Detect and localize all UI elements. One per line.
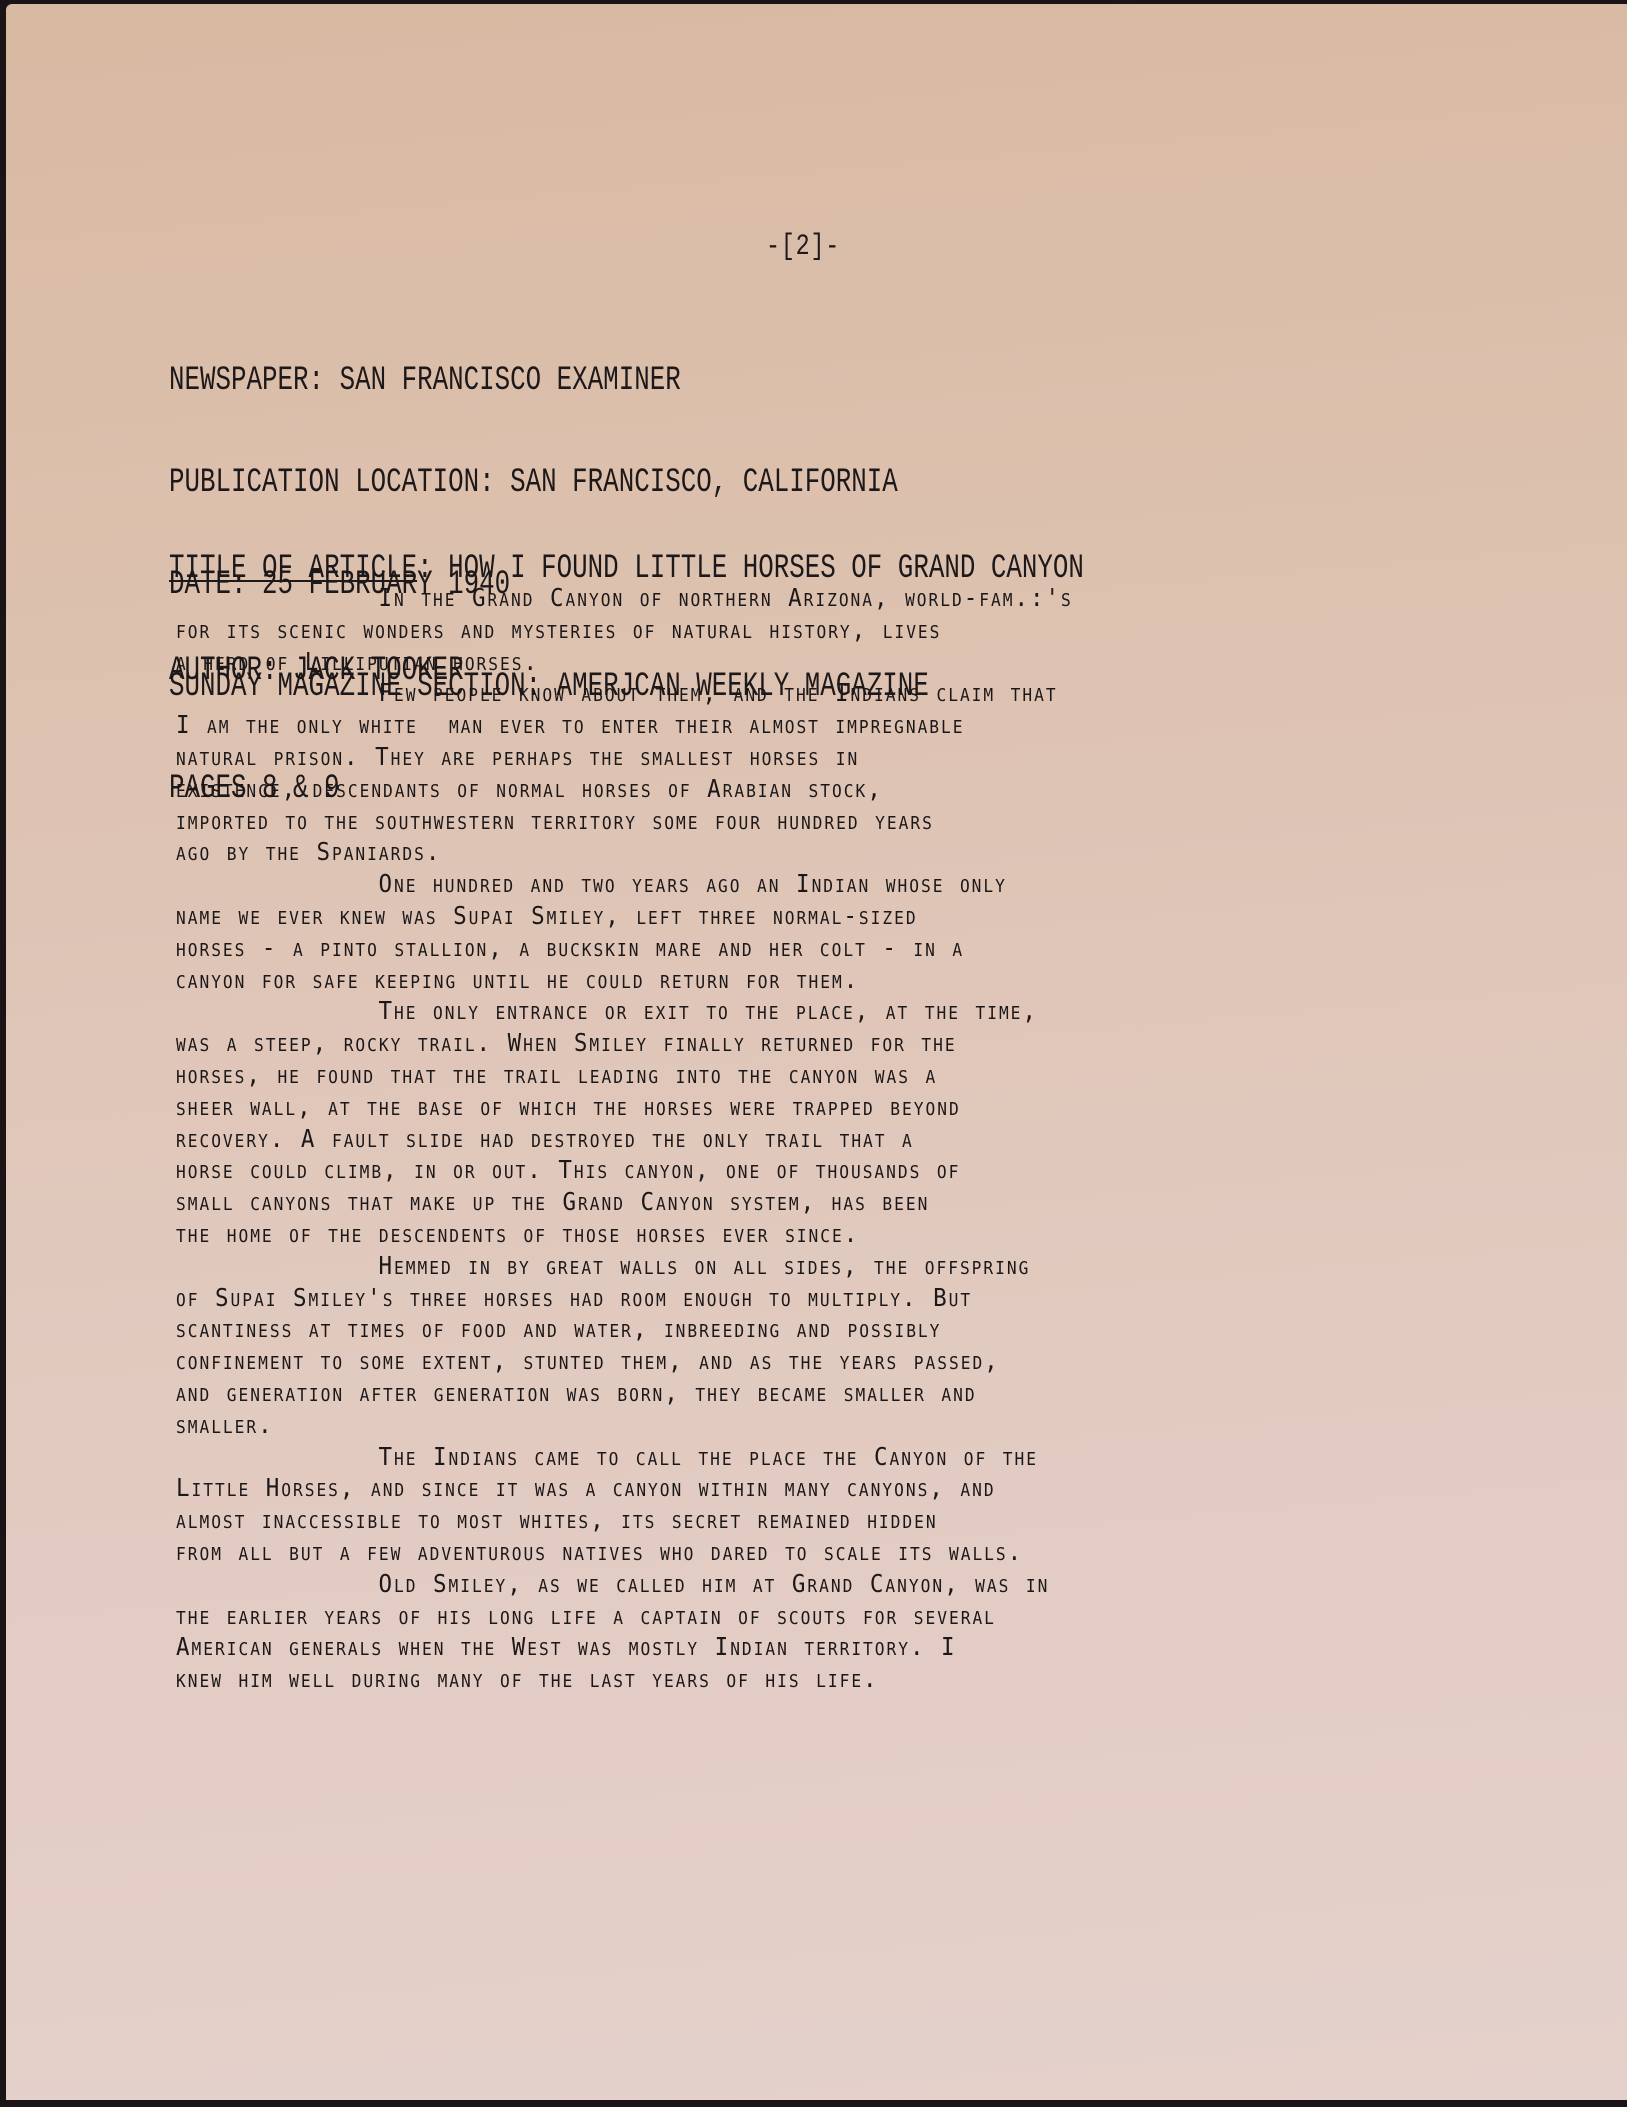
body-line: the home of the descendents of those hor… <box>176 1218 1373 1250</box>
body-line: In the Grand Canyon of northern Arizona,… <box>176 582 1373 614</box>
body-line: I am the only white man ever to enter th… <box>176 709 1373 741</box>
body-line: a herd of Lilliputian horses. <box>176 646 1373 678</box>
body-line: sheer wall, at the base of which the hor… <box>176 1091 1373 1123</box>
body-line: almost inaccessible to most whites, its … <box>176 1504 1373 1536</box>
body-line: small canyons that make up the Grand Can… <box>176 1186 1373 1218</box>
body-line: and generation after generation was born… <box>176 1377 1373 1409</box>
body-line: recovery. A fault slide had destroyed th… <box>176 1123 1373 1155</box>
body-line: from all but a few adventurous natives w… <box>176 1536 1373 1568</box>
body-line: name we ever knew was Supai Smiley, left… <box>176 900 1373 932</box>
body-line: Hemmed in by great walls on all sides, t… <box>176 1250 1373 1282</box>
body-line: ago by the Spaniards. <box>176 836 1373 868</box>
body-line: horses, he found that the trail leading … <box>176 1059 1373 1091</box>
body-line: scantiness at times of food and water, i… <box>176 1313 1373 1345</box>
body-line: One hundred and two years ago an Indian … <box>176 868 1373 900</box>
body-line: imported to the southwestern territory s… <box>176 805 1373 837</box>
body-line: American generals when the West was most… <box>176 1631 1373 1663</box>
body-line: horse could climb, in or out. This canyo… <box>176 1154 1373 1186</box>
page-number: -[2]- <box>766 230 840 264</box>
body-line: The only entrance or exit to the place, … <box>176 995 1373 1027</box>
body-line: The Indians came to call the place the C… <box>176 1441 1373 1473</box>
body-line: Few people know about them, and the Indi… <box>176 677 1373 709</box>
body-line: was a steep, rocky trail. When Smiley fi… <box>176 1027 1373 1059</box>
document-page: -[2]- NEWSPAPER: SAN FRANCISCO EXAMINER … <box>6 4 1627 2100</box>
body-line: natural prison. They are perhaps the sma… <box>176 741 1373 773</box>
body-line: the earlier years of his long life a cap… <box>176 1600 1373 1632</box>
article-body: In the Grand Canyon of northern Arizona,… <box>176 582 1373 1695</box>
body-line: Old Smiley, as we called him at Grand Ca… <box>176 1568 1373 1600</box>
metadata-newspaper: NEWSPAPER: SAN FRANCISCO EXAMINER <box>169 364 929 398</box>
body-line: knew him well during many of the last ye… <box>176 1663 1373 1695</box>
body-line: Little Horses, and since it was a canyon… <box>176 1472 1373 1504</box>
article-title-line: TITLE OF ARTICLE: HOW I FOUND LITTLE HOR… <box>169 552 1084 586</box>
body-line: canyon for safe keeping until he could r… <box>176 964 1373 996</box>
body-line: for its scenic wonders and mysteries of … <box>176 614 1373 646</box>
body-line: smaller. <box>176 1409 1373 1441</box>
body-line: horses - a pinto stallion, a buckskin ma… <box>176 932 1373 964</box>
body-line: existence, descendants of normal horses … <box>176 773 1373 805</box>
body-line: of Supai Smiley's three horses had room … <box>176 1282 1373 1314</box>
body-line: confinement to some extent, stunted them… <box>176 1345 1373 1377</box>
